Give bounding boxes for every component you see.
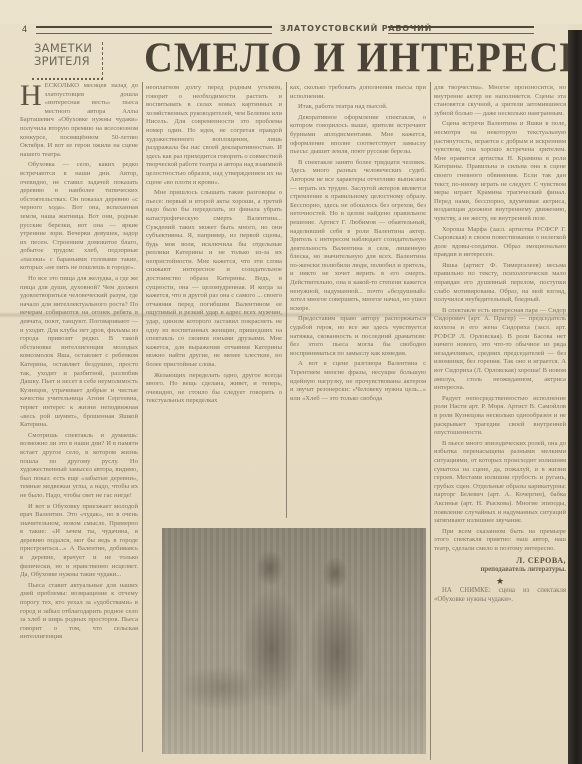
drop-cap: Н (20, 84, 42, 108)
paragraph: Обуховка — село, каких редко встречаются… (20, 161, 138, 273)
paragraph: Но все это пища для желудка, а где же пи… (20, 275, 138, 430)
star-separator-icon: ★ (434, 577, 566, 586)
paper-fold-crease (0, 312, 568, 318)
paragraph: НЕСКОЛЬКО месяцев назад до златоустовцев… (20, 82, 138, 159)
column-divider (142, 82, 143, 752)
article-headline: СМЕЛО И ИНТЕРЕСНО (144, 33, 484, 82)
rubric-line-2: ЗРИТЕЛЯ (34, 55, 100, 68)
article-column-4: для творчества». Многое произносится, но… (434, 84, 566, 760)
paragraph: Яшка (артист Ф. Тимергалеев) весьма прав… (434, 262, 566, 305)
paragraph: И вот в Обуховку приезжает молодой врач … (20, 503, 138, 580)
page-number: 4 (22, 24, 27, 34)
paragraph: для творчества». Многое произносится, но… (434, 84, 566, 118)
paragraph: Предоставим право автору распоряжаться с… (290, 315, 426, 358)
rubric-box: ЗАМЕТКИ ЗРИТЕЛЯ (32, 42, 103, 80)
article-column-3: ках, сколько требовать дополнения пьесы … (290, 84, 426, 518)
article-column-2: неоплатном долгу перед родным уголком, г… (146, 84, 282, 514)
paragraph: неоплатном долгу перед родным уголком, г… (146, 84, 282, 187)
paragraph: Хороша Марфа (засл. артистка РСФСР Г. Сы… (434, 226, 566, 260)
paragraph: В пьесе много эпизодических ролей, она д… (434, 440, 566, 526)
paragraph: Сцена встречи Валентина и Яшки в поле, н… (434, 120, 566, 223)
paragraph: Декоративное оформление спектакля, о кот… (290, 114, 426, 157)
page-edge-shadow (568, 30, 582, 764)
photo-caption: НА СНИМКЕ: сцена из спектакля «Обуховке … (434, 587, 566, 604)
paragraph: В спектакле есть интересная пара — Сидор… (434, 307, 566, 393)
author-role: преподаватель литературы. (434, 566, 566, 575)
paragraph: Радует непосредственностью исполнение ро… (434, 395, 566, 438)
column-divider (286, 82, 287, 518)
top-margin (0, 0, 582, 24)
paragraph: При всем сказанном быть на премьере этог… (434, 528, 566, 554)
paragraph: Пьеса ставит актуальные для наших дней п… (20, 582, 138, 642)
paragraph: ках, сколько требовать дополнения пьесы … (290, 84, 426, 101)
paragraph: Мне пришлось слышать такие разговоры о п… (146, 189, 282, 369)
author-signature: Л. СЕРОВА, (434, 557, 566, 566)
article-column-1: НЕСКОЛЬКО месяцев назад до златоустовцев… (20, 82, 138, 710)
paragraph: В спектакле занято более тридцати челове… (290, 159, 426, 314)
paragraph: А вот в сцене разговора Валентина с Тере… (290, 360, 426, 403)
paragraph: Смотришь спектакль и думаешь: возможно л… (20, 432, 138, 501)
theatre-scene-photo (162, 528, 426, 754)
paragraph: Желающих переделать одно, другое всегда … (146, 372, 282, 406)
newspaper-page: 4 ЗЛАТОУСТОВСКИЙ РАБОЧИЙ ЗАМЕТКИ ЗРИТЕЛЯ… (0, 0, 568, 764)
column-divider (430, 82, 431, 760)
paragraph: Итак, работа театра над пьесой. (290, 103, 426, 112)
